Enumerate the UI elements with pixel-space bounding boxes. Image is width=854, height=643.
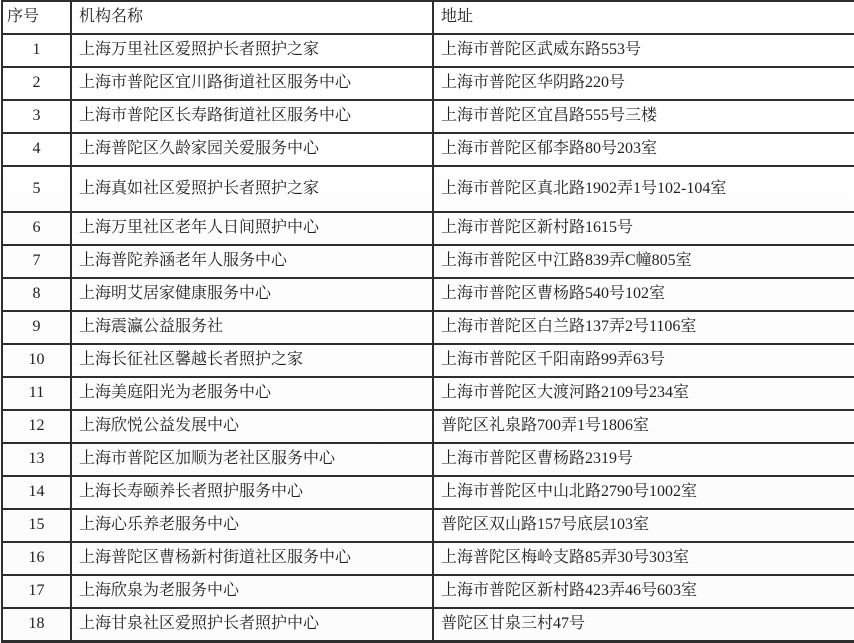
table-body: 1上海万里社区爱照护长者照护之家上海市普陀区武威东路553号2上海市普陀区宜川路…: [2, 34, 854, 641]
cell-index: 17: [2, 575, 71, 608]
cell-name: 上海普陀区久龄家园关爱服务中心: [71, 133, 433, 166]
table-row: 11上海美庭阳光为老服务中心上海市普陀区大渡河路2109号234室: [2, 377, 854, 410]
cell-index: 14: [2, 476, 71, 509]
scanned-document-page: 序号机构名称地址 1上海万里社区爱照护长者照护之家上海市普陀区武威东路553号2…: [0, 0, 854, 642]
cell-address: 上海市普陀区华阴路220号: [433, 67, 854, 100]
table-row: 6上海万里社区老年人日间照护中心上海市普陀区新村路1615号: [2, 212, 854, 245]
cell-name: 上海万里社区老年人日间照护中心: [71, 212, 433, 245]
cell-name: 上海市普陀区加顺为老社区服务中心: [71, 443, 433, 476]
table-row: 7上海普陀养涵老年人服务中心上海市普陀区中江路839弄C幢805室: [2, 245, 854, 278]
cell-index: 15: [2, 509, 71, 542]
cell-address: 上海市普陀区新村路423弄46号603室: [433, 575, 854, 608]
cell-address: 上海市普陀区武威东路553号: [433, 34, 854, 67]
table-row: 12上海欣悦公益发展中心普陀区礼泉路700弄1号1806室: [2, 410, 854, 443]
cell-address: 上海市普陀区大渡河路2109号234室: [433, 377, 854, 410]
column-header-address: 地址: [433, 1, 854, 34]
table-header-row: 序号机构名称地址: [2, 1, 854, 34]
cell-name: 上海市普陀区长寿路街道社区服务中心: [71, 100, 433, 133]
cell-index: 3: [2, 100, 71, 133]
cell-address: 上海市普陀区曹杨路2319号: [433, 443, 854, 476]
cell-index: 8: [2, 278, 71, 311]
table-row: 2上海市普陀区宜川路街道社区服务中心上海市普陀区华阴路220号: [2, 67, 854, 100]
cell-address: 上海市普陀区中山北路2790号1002室: [433, 476, 854, 509]
cell-index: 2: [2, 67, 71, 100]
cell-name: 上海欣泉为老服务中心: [71, 575, 433, 608]
table-row: 9上海震瀛公益服务社上海市普陀区白兰路137弄2号1106室: [2, 311, 854, 344]
cell-name: 上海普陀区曹杨新村街道社区服务中心: [71, 542, 433, 575]
cell-index: 1: [2, 34, 71, 67]
cell-name: 上海美庭阳光为老服务中心: [71, 377, 433, 410]
cell-index: 13: [2, 443, 71, 476]
cell-address: 上海市普陀区白兰路137弄2号1106室: [433, 311, 854, 344]
table-row: 15上海心乐养老服务中心普陀区双山路157号底层103室: [2, 509, 854, 542]
table-row: 13上海市普陀区加顺为老社区服务中心上海市普陀区曹杨路2319号: [2, 443, 854, 476]
table-row: 18上海甘泉社区爱照护长者照护中心普陀区甘泉三村47号: [2, 608, 854, 641]
table-row: 8上海明艾居家健康服务中心上海市普陀区曹杨路540号102室: [2, 278, 854, 311]
table-row: 3上海市普陀区长寿路街道社区服务中心上海市普陀区宜昌路555号三楼: [2, 100, 854, 133]
cell-address: 上海市普陀区新村路1615号: [433, 212, 854, 245]
cell-address: 上海市普陀区郁李路80号203室: [433, 133, 854, 166]
cell-address: 普陀区甘泉三村47号: [433, 608, 854, 641]
table-row: 5上海真如社区爱照护长者照护之家上海市普陀区真北路1902弄1号102-104室: [2, 166, 854, 212]
cell-index: 18: [2, 608, 71, 641]
cell-address: 上海普陀区梅岭支路85弄30号303室: [433, 542, 854, 575]
table-row: 4上海普陀区久龄家园关爱服务中心上海市普陀区郁李路80号203室: [2, 133, 854, 166]
cell-name: 上海欣悦公益发展中心: [71, 410, 433, 443]
cell-name: 上海心乐养老服务中心: [71, 509, 433, 542]
cell-name: 上海长征社区馨越长者照护之家: [71, 344, 433, 377]
table-header: 序号机构名称地址: [2, 1, 854, 34]
cell-address: 上海市普陀区曹杨路540号102室: [433, 278, 854, 311]
cell-index: 10: [2, 344, 71, 377]
table-row: 10上海长征社区馨越长者照护之家上海市普陀区千阳南路99弄63号: [2, 344, 854, 377]
cell-address: 上海市普陀区中江路839弄C幢805室: [433, 245, 854, 278]
cell-address: 普陀区礼泉路700弄1号1806室: [433, 410, 854, 443]
cell-address: 上海市普陀区千阳南路99弄63号: [433, 344, 854, 377]
cell-name: 上海长寿颐养长者照护服务中心: [71, 476, 433, 509]
cell-index: 11: [2, 377, 71, 410]
column-header-index: 序号: [2, 1, 71, 34]
cell-name: 上海普陀养涵老年人服务中心: [71, 245, 433, 278]
cell-index: 12: [2, 410, 71, 443]
cell-name: 上海真如社区爱照护长者照护之家: [71, 166, 433, 212]
cell-name: 上海明艾居家健康服务中心: [71, 278, 433, 311]
table-row: 16上海普陀区曹杨新村街道社区服务中心上海普陀区梅岭支路85弄30号303室: [2, 542, 854, 575]
cell-name: 上海市普陀区宜川路街道社区服务中心: [71, 67, 433, 100]
cell-name: 上海震瀛公益服务社: [71, 311, 433, 344]
table-row: 14上海长寿颐养长者照护服务中心上海市普陀区中山北路2790号1002室: [2, 476, 854, 509]
cell-index: 6: [2, 212, 71, 245]
table-row: 1上海万里社区爱照护长者照护之家上海市普陀区武威东路553号: [2, 34, 854, 67]
cell-index: 9: [2, 311, 71, 344]
cell-name: 上海甘泉社区爱照护长者照护中心: [71, 608, 433, 641]
cell-address: 上海市普陀区宜昌路555号三楼: [433, 100, 854, 133]
cell-address: 上海市普陀区真北路1902弄1号102-104室: [433, 166, 854, 212]
cell-index: 5: [2, 166, 71, 212]
cell-index: 16: [2, 542, 71, 575]
table-row: 17上海欣泉为老服务中心上海市普陀区新村路423弄46号603室: [2, 575, 854, 608]
cell-name: 上海万里社区爱照护长者照护之家: [71, 34, 433, 67]
cell-index: 7: [2, 245, 71, 278]
cell-index: 4: [2, 133, 71, 166]
column-header-name: 机构名称: [71, 1, 433, 34]
facility-table: 序号机构名称地址 1上海万里社区爱照护长者照护之家上海市普陀区武威东路553号2…: [1, 0, 854, 642]
cell-address: 普陀区双山路157号底层103室: [433, 509, 854, 542]
